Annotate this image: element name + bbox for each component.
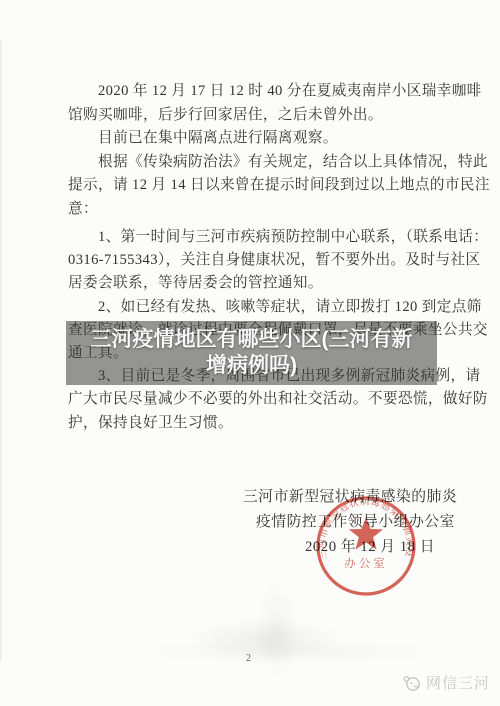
body-paragraphs-upper: 2020 年 12 月 17 日 12 时 40 分在夏威夷南岸小区瑞幸咖啡 馆… [68, 80, 460, 222]
paper-smudge [185, 618, 345, 660]
body-line: 居委会联系，等待居委会的管控通知。 [68, 272, 460, 295]
seal-bottom-text: 办公室 [344, 556, 388, 570]
overlay-title-line1: 三河疫情地区有哪些小区(三河有新 [91, 327, 413, 353]
body-line: 目前已在集中隔离点进行隔离观察。 [68, 127, 460, 151]
body-line: 根据《传染病防治法》有关规定，结合以上具体情况，特此 [68, 151, 460, 175]
wangxin-sanhe-logo-icon [402, 673, 422, 693]
paper-smudge [140, 640, 440, 664]
seal-star-icon [349, 517, 383, 550]
overlay-title-band: 三河疫情地区有哪些小区(三河有新 增病例吗) [66, 321, 437, 385]
body-line: 护，保持良好卫生习惯。 [68, 412, 460, 435]
photographed-notice-page: 2020 年 12 月 17 日 12 时 40 分在夏威夷南岸小区瑞幸咖啡 馆… [0, 0, 500, 706]
body-line: 2、如已经有发热、咳嗽等症状，请立即拨打 120 到定点筛 [68, 296, 460, 319]
body-line: 提示，请 12 月 14 日以来曾在提示时间段到过以上地点的市民注 [68, 174, 460, 198]
official-seal-stamp-icon: 三河市新型冠状病毒感染的肺炎疫情防控工作领导小组 办公室 [310, 492, 422, 604]
paper-smudge [255, 580, 299, 680]
page-number: 2 [246, 653, 251, 664]
photo-edge-shadow [0, 40, 2, 660]
body-line: 馆购买咖啡，后步行回家居住，之后未曾外出。 [68, 104, 460, 128]
body-line: 2020 年 12 月 17 日 12 时 40 分在夏威夷南岸小区瑞幸咖啡 [68, 80, 460, 104]
watermark-text: 网信三河 [426, 672, 490, 693]
body-line: 0316-7155343），关注自身健康状况，暂不要外出。及时与社区 [68, 249, 460, 272]
watermark: 网信三河 [402, 672, 490, 693]
body-line: 1、第一时间与三河市疾病预防控制中心联系，（联系电话： [68, 226, 460, 249]
body-line: 意： [68, 198, 460, 222]
body-line: 广大市民尽量减少不必要的外出和社交活动。不要恐慌，做好防 [68, 388, 460, 411]
overlay-title-line2: 增病例吗) [206, 353, 297, 379]
